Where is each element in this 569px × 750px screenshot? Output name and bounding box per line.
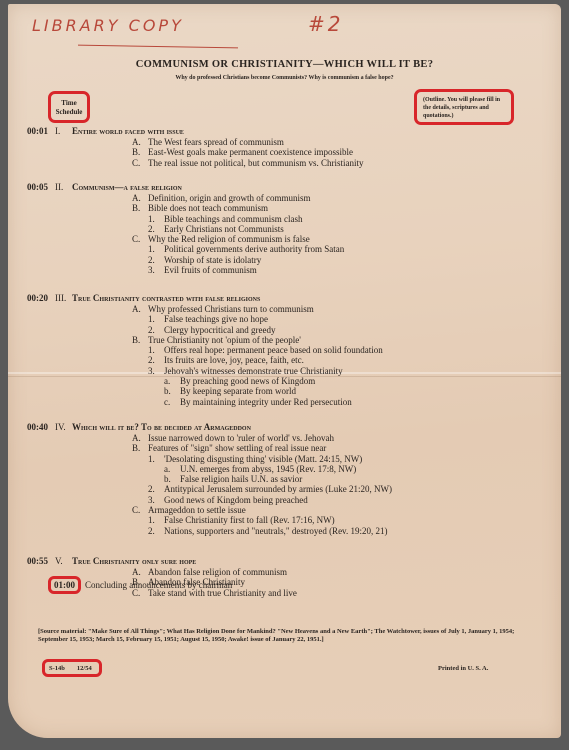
item-marker: c. [164, 397, 180, 407]
item-marker: A. [132, 304, 148, 314]
outline-item: a.By preaching good news of Kingdom [8, 376, 383, 386]
item-marker: a. [164, 376, 180, 386]
handwritten-label: LIBRARY COPY [32, 16, 184, 35]
outline-item: 2.Clergy hypocritical and greedy [8, 325, 383, 335]
closing-text: Concluding announcements by chairman [85, 580, 232, 590]
item-text: Definition, origin and growth of communi… [148, 193, 310, 203]
item-marker: 2. [148, 484, 164, 494]
item-marker: 2. [148, 325, 164, 335]
outline-item: B.East-West goals make permanent coexist… [8, 147, 363, 157]
item-text: Clergy hypocritical and greedy [164, 325, 276, 335]
outline-item: A.The West fears spread of communism [8, 137, 363, 147]
closing-line: 01:00Concluding announcements by chairma… [48, 576, 232, 594]
section-numeral: V. [55, 556, 72, 566]
item-text: Nations, supporters and "neutrals," dest… [164, 526, 387, 536]
item-text: By preaching good news of Kingdom [180, 376, 315, 386]
section-time: 00:01 [27, 126, 55, 136]
item-marker: 2. [148, 526, 164, 536]
outline-item: 1.'Desolating disgusting thing' visible … [8, 454, 392, 464]
item-text: Antitypical Jerusalem surrounded by armi… [164, 484, 392, 494]
item-text: East-West goals make permanent coexisten… [148, 147, 353, 157]
item-text: By maintaining integrity under Red perse… [180, 397, 352, 407]
item-text: Worship of state is idolatry [164, 255, 261, 265]
outline-section: 00:01I.Entire world faced with issue [27, 126, 184, 136]
form-code: S-14b [49, 665, 65, 672]
handwritten-underline [78, 45, 238, 49]
outline-section: 00:05II.Communism—a false religion [27, 182, 182, 192]
item-marker: A. [132, 137, 148, 147]
item-text: The West fears spread of communism [148, 137, 284, 147]
outline-section: 00:40IV.Which will it be? To be decided … [27, 422, 251, 432]
item-text: True Christianity not 'opium of the peop… [148, 335, 301, 345]
section-heading: Which will it be? To be decided at Armag… [72, 422, 251, 432]
item-marker: B. [132, 203, 148, 213]
item-text: Issue narrowed down to 'ruler of world' … [148, 433, 334, 443]
outline-section: 00:20III.True Christianity contrasted wi… [27, 293, 260, 303]
item-text: 'Desolating disgusting thing' visible (M… [164, 454, 362, 464]
outline-item: 3.Evil fruits of communism [8, 265, 344, 275]
item-text: Evil fruits of communism [164, 265, 257, 275]
item-text: Offers real hope: permanent peace based … [164, 345, 383, 355]
outline-item: 2.Its fruits are love, joy, peace, faith… [8, 355, 383, 365]
item-text: Why professed Christians turn to communi… [148, 304, 314, 314]
outline-item: C.Armageddon to settle issue [8, 505, 392, 515]
item-marker: 1. [148, 214, 164, 224]
outline-item: A.Definition, origin and growth of commu… [8, 193, 344, 203]
item-text: U.N. emerges from abyss, 1945 (Rev. 17:8… [180, 464, 356, 474]
outline-section: 00:55V.True Christianity only sure hope [27, 556, 196, 566]
item-marker: A. [132, 433, 148, 443]
item-marker: 1. [148, 345, 164, 355]
item-marker: 1. [148, 314, 164, 324]
item-text: Bible does not teach communism [148, 203, 268, 213]
source-material: [Source material: "Make Sure of All Thin… [38, 628, 528, 643]
outline-item: 2.Nations, supporters and "neutrals," de… [8, 526, 392, 536]
section-items: A.Issue narrowed down to 'ruler of world… [8, 433, 392, 536]
outline-item: a.U.N. emerges from abyss, 1945 (Rev. 17… [8, 464, 392, 474]
item-text: Early Christians not Communists [164, 224, 284, 234]
closing-time: 01:00 [48, 576, 81, 594]
section-time: 00:05 [27, 182, 55, 192]
item-text: False religion hails U.N. as savior [180, 474, 302, 484]
outline-item: C.Why the Red religion of communism is f… [8, 234, 344, 244]
item-marker: 3. [148, 495, 164, 505]
section-numeral: III. [55, 293, 72, 303]
item-marker: B. [132, 147, 148, 157]
item-text: Why the Red religion of communism is fal… [148, 234, 310, 244]
item-text: False Christianity first to fall (Rev. 1… [164, 515, 335, 525]
time-schedule-label: Time Schedule [48, 91, 90, 123]
section-numeral: II. [55, 182, 72, 192]
outline-item: 2.Early Christians not Communists [8, 224, 344, 234]
outline-item: b.False religion hails U.N. as savior [8, 474, 392, 484]
item-text: Features of "sign" show settling of real… [148, 443, 326, 453]
outline-item: 1.Offers real hope: permanent peace base… [8, 345, 383, 355]
item-marker: 1. [148, 515, 164, 525]
item-text: Bible teachings and communism clash [164, 214, 302, 224]
section-items: A.Definition, origin and growth of commu… [8, 193, 344, 275]
item-marker: 2. [148, 355, 164, 365]
outline-item: C.The real issue not political, but comm… [8, 158, 363, 168]
printed-in-usa: Printed in U. S. A. [438, 665, 488, 672]
outline-item: 2.Worship of state is idolatry [8, 255, 344, 265]
outline-item: 1.Political governments derive authority… [8, 244, 344, 254]
item-marker: 1. [148, 454, 164, 464]
item-text: Good news of Kingdom being preached [164, 495, 308, 505]
date-code: 12/54 [77, 665, 92, 672]
outline-item: c.By maintaining integrity under Red per… [8, 397, 383, 407]
section-numeral: IV. [55, 422, 72, 432]
outline-item: 1.False teachings give no hope [8, 314, 383, 324]
section-heading: True Christianity only sure hope [72, 556, 196, 566]
outline-item: 1.Bible teachings and communism clash [8, 214, 344, 224]
section-numeral: I. [55, 126, 72, 136]
item-marker: 2. [148, 224, 164, 234]
document-subtitle: Why do professed Christians become Commu… [8, 75, 561, 81]
item-marker: 1. [148, 244, 164, 254]
item-marker: 3. [148, 265, 164, 275]
item-marker: 2. [148, 255, 164, 265]
item-text: Political governments derive authority f… [164, 244, 344, 254]
item-text: By keeping separate from world [180, 386, 296, 396]
outline-item: 3.Good news of Kingdom being preached [8, 495, 392, 505]
outline-note: (Outline. You will please fill in the de… [414, 89, 514, 125]
section-heading: Entire world faced with issue [72, 126, 184, 136]
item-marker: 3. [148, 366, 164, 376]
outline-item: B.True Christianity not 'opium of the pe… [8, 335, 383, 345]
item-marker: b. [164, 386, 180, 396]
outline-item: B.Features of "sign" show settling of re… [8, 443, 392, 453]
item-text: Its fruits are love, joy, peace, faith, … [164, 355, 304, 365]
outline-item: B.Bible does not teach communism [8, 203, 344, 213]
item-marker: B. [132, 335, 148, 345]
item-marker: a. [164, 464, 180, 474]
item-marker: A. [132, 193, 148, 203]
section-heading: Communism—a false religion [72, 182, 182, 192]
item-text: False teachings give no hope [164, 314, 268, 324]
item-text: The real issue not political, but commun… [148, 158, 363, 168]
section-time: 00:55 [27, 556, 55, 566]
handwritten-number: #2 [308, 12, 343, 36]
item-marker: b. [164, 474, 180, 484]
item-text: Armageddon to settle issue [148, 505, 246, 515]
document-title: COMMUNISM OR CHRISTIANITY—WHICH WILL IT … [8, 59, 561, 70]
form-codes: S-14b12/54 [42, 659, 102, 677]
item-marker: C. [132, 158, 148, 168]
section-time: 00:40 [27, 422, 55, 432]
outline-item: A.Issue narrowed down to 'ruler of world… [8, 433, 392, 443]
item-marker: C. [132, 234, 148, 244]
section-items: A.The West fears spread of communismB.Ea… [8, 137, 363, 168]
outline-item: 2.Antitypical Jerusalem surrounded by ar… [8, 484, 392, 494]
section-time: 00:20 [27, 293, 55, 303]
section-heading: True Christianity contrasted with false … [72, 293, 260, 303]
outline-item: 1.False Christianity first to fall (Rev.… [8, 515, 392, 525]
document-page: LIBRARY COPY #2 COMMUNISM OR CHRISTIANIT… [8, 4, 561, 738]
item-text: Jehovah's witnesses demonstrate true Chr… [164, 366, 343, 376]
outline-item: 3.Jehovah's witnesses demonstrate true C… [8, 366, 383, 376]
item-marker: B. [132, 443, 148, 453]
item-marker: C. [132, 505, 148, 515]
section-items: A.Why professed Christians turn to commu… [8, 304, 383, 407]
outline-item: b.By keeping separate from world [8, 386, 383, 396]
outline-item: A.Why professed Christians turn to commu… [8, 304, 383, 314]
